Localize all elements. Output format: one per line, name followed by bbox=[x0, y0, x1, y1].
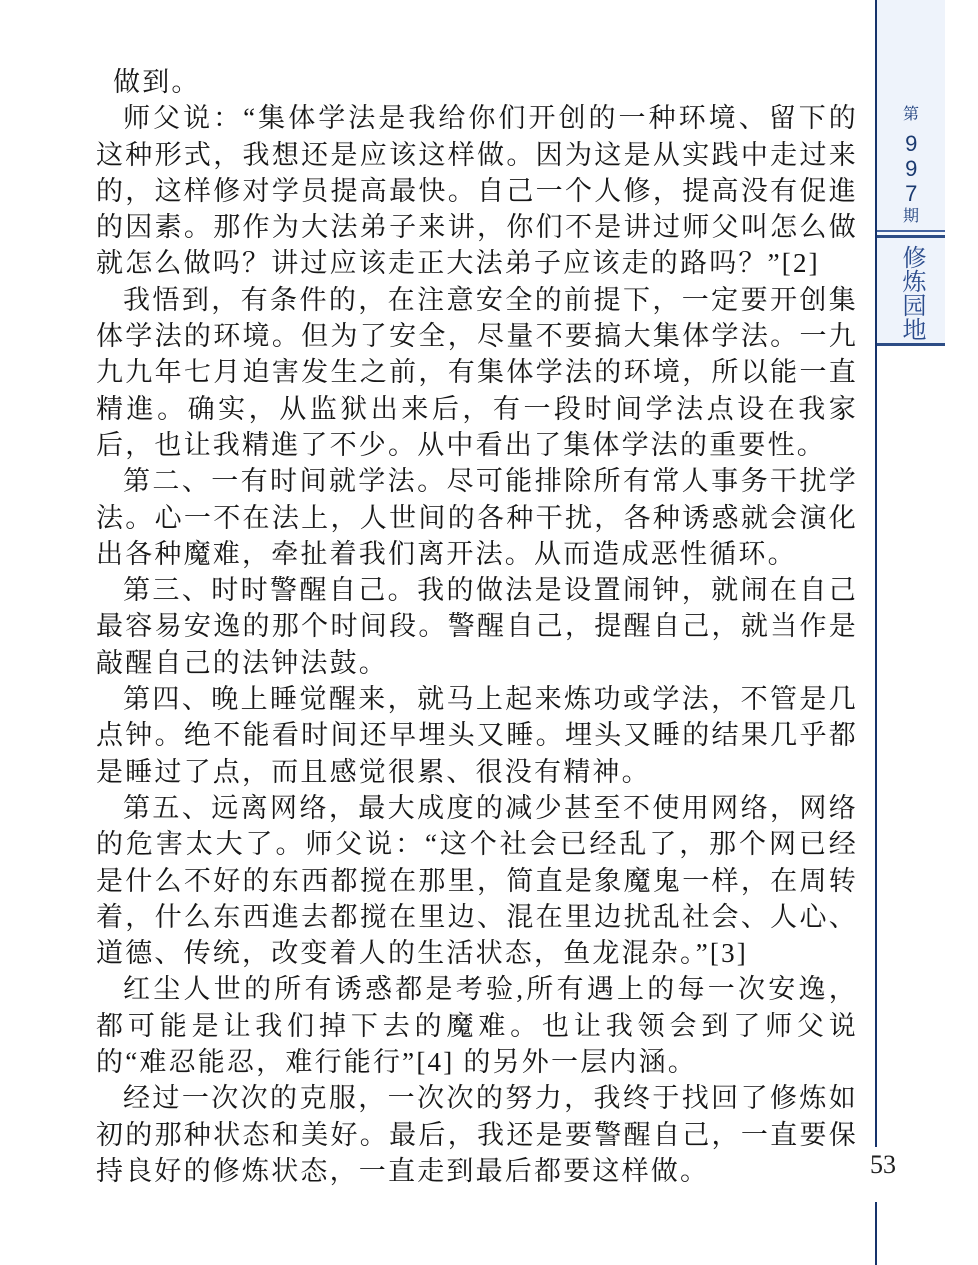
paragraph: 第五、远离网络，最大成度的减少甚至不使用网络，网络的危害太大了。师父说：“这个社… bbox=[96, 790, 858, 971]
section-title: 修炼园地 bbox=[899, 245, 923, 341]
article-text: 做到。 师父说：“集体学法是我给你们开创的一种环境、留下的这种形式，我想还是应该… bbox=[96, 64, 858, 1189]
issue-number: 997 bbox=[899, 131, 923, 206]
paragraph: 我悟到，有条件的，在注意安全的前提下，一定要开创集体学法的环境。但为了安全，尽量… bbox=[96, 282, 858, 463]
page-number: 53 bbox=[870, 1150, 896, 1180]
sidebar-rule-bottom bbox=[875, 1202, 877, 1265]
paragraph: 第二、一有时间就学法。尽可能排除所有常人事务干扰学法。心一不在法上，人世间的各种… bbox=[96, 463, 858, 572]
magazine-page: 做到。 师父说：“集体学法是我给你们开创的一种环境、留下的这种形式，我想还是应该… bbox=[0, 0, 978, 1265]
paragraph: 经过一次次的克服，一次次的努力，我终于找回了修炼如初的那种状态和美好。最后，我还… bbox=[96, 1080, 858, 1189]
issue-prefix: 第 bbox=[903, 107, 919, 123]
paragraph: 第三、时时警醒自己。我的做法是设置闹钟，就闹在自己最容易安逸的那个时间段。警醒自… bbox=[96, 572, 858, 681]
divider-line-thick bbox=[877, 235, 945, 238]
paragraph: 第四、晚上睡觉醒来，就马上起来炼功或学法，不管是几点钟。绝不能看时间还早埋头又睡… bbox=[96, 681, 858, 790]
panel-divider bbox=[877, 230, 945, 238]
issue-suffix: 期 bbox=[903, 209, 919, 225]
paragraph: 师父说：“集体学法是我给你们开创的一种环境、留下的这种形式，我想还是应该这样做。… bbox=[96, 100, 858, 281]
issue-panel: 第 997 期 修炼园地 bbox=[877, 0, 945, 346]
paragraph: 红尘人世的所有诱惑都是考验,所有遇上的每一次安逸，都可能是让我们掉下去的魔难。也… bbox=[96, 971, 858, 1080]
paragraph: 做到。 bbox=[96, 64, 858, 100]
